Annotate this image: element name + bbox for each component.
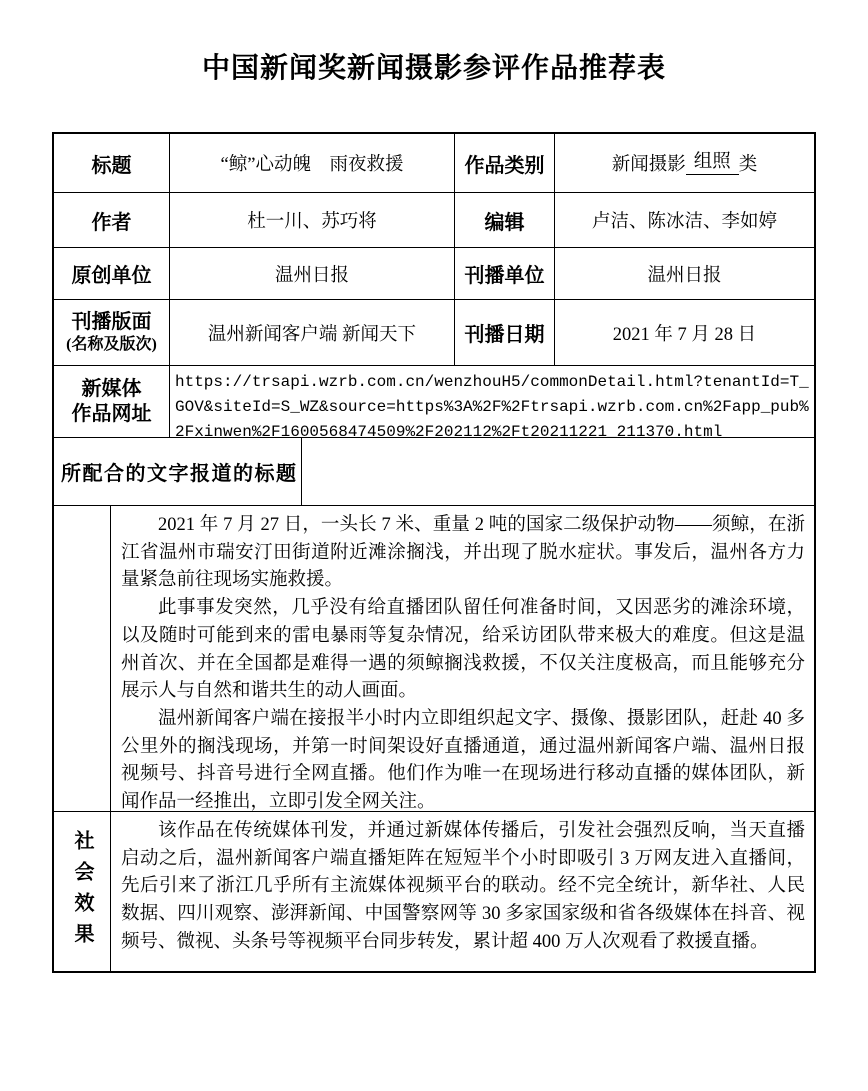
- category-suffix: 类: [739, 150, 758, 176]
- publish-unit-value: 温州日报: [554, 248, 814, 299]
- new-media-url-label-line2: 作品网址: [72, 402, 152, 427]
- row-new-media-url: 新媒体 作品网址 https://trsapi.wzrb.com.cn/wenz…: [54, 366, 814, 438]
- row-accompanying-report-title: 所配合的文字报道的标题: [54, 438, 814, 506]
- work-introduction-paragraph-1: 2021 年 7 月 27 日，一头长 7 米、重量 2 吨的国家二级保护动物—…: [121, 512, 805, 595]
- social-effect-paragraph: 该作品在传统媒体刊发，并通过新媒体传播后，引发社会强烈反响，当天直播启动之后，温…: [121, 818, 805, 957]
- accompanying-report-title-label: 所配合的文字报道的标题: [54, 438, 301, 505]
- title-label: 标题: [54, 134, 169, 192]
- social-effect-label-cell: 社会效果: [54, 812, 110, 971]
- publish-layout-label-line1: 刊播版面: [72, 310, 152, 335]
- publish-layout-label-line2: (名称及版次): [66, 335, 157, 355]
- page-title: 中国新闻奖新闻摄影参评作品推荐表: [52, 50, 816, 88]
- row-publish-layout: 刊播版面 (名称及版次) 温州新闻客户端 新闻天下 刊播日期 2021 年 7 …: [54, 300, 814, 366]
- vertical-label-right-column: （ 作品简介: [84, 580, 111, 738]
- category-prefix: 新闻摄影: [612, 150, 686, 176]
- social-effect-content: 该作品在传统媒体刊发，并通过新媒体传播后，引发社会强烈反响，当天直播启动之后，温…: [110, 812, 814, 971]
- work-introduction-label: 采编过程 ） （ 作品简介: [54, 506, 110, 811]
- work-introduction-content: 2021 年 7 月 27 日，一头长 7 米、重量 2 吨的国家二级保护动物—…: [110, 506, 814, 811]
- publish-layout-label: 刊播版面 (名称及版次): [54, 300, 169, 365]
- author-label: 作者: [54, 193, 169, 247]
- vertical-label-left-column: 采编过程 ）: [54, 580, 81, 738]
- row-title: 标题 “鲸”心动魄 雨夜救援 作品类别 新闻摄影组照类: [54, 134, 814, 193]
- row-work-introduction: 采编过程 ） （ 作品简介 2021 年 7 月 27 日，一头长 7 米、重量…: [54, 506, 814, 812]
- work-introduction-paragraph-2: 此事事发突然，几乎没有给直播团队留任何准备时间，又因恶劣的滩涂环境，以及随时可能…: [121, 595, 805, 706]
- original-unit-label: 原创单位: [54, 248, 169, 299]
- category-value: 新闻摄影组照类: [554, 134, 814, 192]
- title-value: “鲸”心动魄 雨夜救援: [169, 134, 454, 192]
- original-unit-value: 温州日报: [169, 248, 454, 299]
- editor-value: 卢洁、陈冰洁、李如婷: [554, 193, 814, 247]
- accompanying-report-title-value: [301, 438, 814, 505]
- work-introduction-paragraph-3: 温州新闻客户端在接报半小时内立即组织起文字、摄像、摄影团队，赶赴 40 多公里外…: [121, 706, 805, 811]
- editor-label: 编辑: [454, 193, 554, 247]
- row-author: 作者 杜一川、苏巧将 编辑 卢洁、陈冰洁、李如婷: [54, 193, 814, 248]
- category-underlined-value: 组照: [686, 151, 739, 175]
- author-value: 杜一川、苏巧将: [169, 193, 454, 247]
- category-label: 作品类别: [454, 134, 554, 192]
- row-social-effect: 社会效果 该作品在传统媒体刊发，并通过新媒体传播后，引发社会强烈反响，当天直播启…: [54, 812, 814, 971]
- social-effect-label: 社会效果: [70, 830, 94, 954]
- row-original-unit: 原创单位 温州日报 刊播单位 温州日报: [54, 248, 814, 300]
- publish-date-value: 2021 年 7 月 28 日: [554, 300, 814, 365]
- publish-layout-value: 温州新闻客户端 新闻天下: [169, 300, 454, 365]
- new-media-url-value: https://trsapi.wzrb.com.cn/wenzhouH5/com…: [169, 366, 814, 437]
- work-introduction-vertical-label: 采编过程 ） （ 作品简介: [54, 580, 110, 738]
- new-media-url-label-line1: 新媒体: [82, 377, 142, 402]
- publish-date-label: 刊播日期: [454, 300, 554, 365]
- recommendation-form-table: 标题 “鲸”心动魄 雨夜救援 作品类别 新闻摄影组照类 作者 杜一川、苏巧将 编…: [52, 132, 816, 973]
- new-media-url-label: 新媒体 作品网址: [54, 366, 169, 437]
- publish-unit-label: 刊播单位: [454, 248, 554, 299]
